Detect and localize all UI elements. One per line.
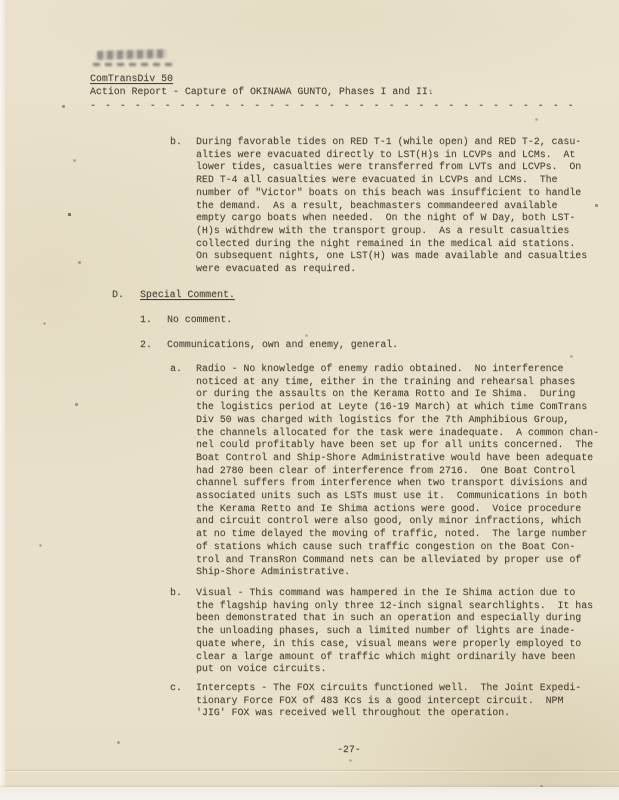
sub-b-text: Visual - This command was hampered in th…: [196, 587, 593, 676]
sub-c-label: c.: [170, 682, 182, 695]
sub-c-text: Intercepts - The FOX circuits functioned…: [196, 682, 581, 720]
scan-edge-bottom: [0, 787, 619, 800]
page-number: -27-: [337, 744, 361, 757]
section-d-heading: Special Comment.: [140, 289, 235, 302]
sub-a-text: Radio - No knowledge of enemy radio obta…: [196, 363, 599, 579]
stamp-smudge: [97, 49, 167, 60]
item-2-label: 2.: [140, 339, 152, 352]
paragraph-b-text: During favorable tides on RED T-1 (while…: [196, 136, 587, 276]
item-1-text: No comment.: [167, 314, 232, 327]
sub-a-label: a.: [170, 363, 182, 376]
section-d-label: D.: [112, 289, 124, 302]
scan-edge-left: [0, 0, 5, 800]
paragraph-b-label: b.: [170, 136, 182, 149]
item-1-label: 1.: [140, 314, 152, 327]
dashed-divider: ---------------------------------: [90, 100, 583, 113]
sub-b-label: b.: [170, 587, 182, 600]
item-2-text: Communications, own and enemy, general.: [167, 339, 398, 352]
paper-crease: [0, 770, 619, 771]
report-title: Action Report - Capture of OKINAWA GUNTO…: [90, 86, 434, 99]
report-unit: ComTransDiv 50: [90, 73, 173, 86]
stamp-underline: [93, 63, 175, 66]
scanned-document-page: ComTransDiv 50 Action Report - Capture o…: [0, 0, 619, 800]
illegible-stamp: [93, 50, 175, 70]
